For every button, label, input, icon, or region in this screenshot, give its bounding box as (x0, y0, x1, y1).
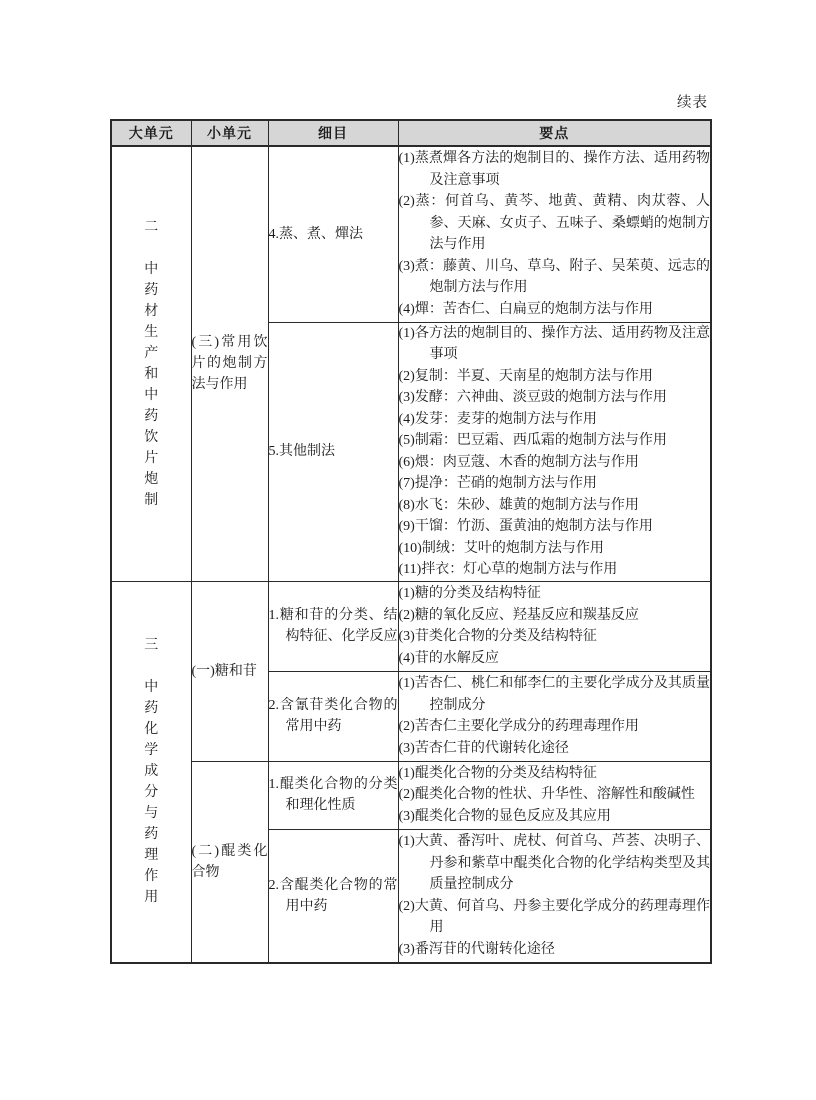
point-item: (3)煮：藤黄、川乌、草乌、附子、吴茱萸、远志的炮制方法与作用 (399, 256, 711, 299)
point-item: (3)苦杏仁苷的代谢转化途径 (399, 738, 711, 760)
table-row: 二 中 药 材 生 产 和 中 药 饮 片 炮 制 (三)常用饮片的炮制方法与作… (111, 146, 711, 322)
table-row: (二)醌类化合物 1.醌类化合物的分类和理化性质 (1)醌类化合物的分类及结构特… (111, 761, 711, 829)
major-unit-cell-3: 三 中 药 化 学 成 分 与 药 理 作 用 (111, 581, 191, 963)
detail-text: 1.糖和苷的分类、结构特征、化学反应 (269, 605, 398, 647)
point-item: (2)蒸：何首乌、黄芩、地黄、黄精、肉苁蓉、人参、天麻、女贞子、五味子、桑螵蛸的… (399, 191, 711, 256)
detail-cell: 5.其他制法 (268, 322, 398, 581)
points-cell: (1)醌类化合物的分类及结构特征 (2)醌类化合物的性状、升华性、溶解性和酸碱性… (398, 761, 711, 829)
point-item: (1)大黄、番泻叶、虎杖、何首乌、芦荟、决明子、丹参和紫草中醌类化合物的化学结构… (399, 831, 711, 896)
major-unit-vertical-text: 三 中 药 化 学 成 分 与 药 理 作 用 (112, 635, 191, 908)
point-item: (10)制绒：艾叶的炮制方法与作用 (399, 538, 711, 560)
point-item: (4)发芽：麦芽的炮制方法与作用 (399, 409, 711, 431)
header-sub-unit: 小单元 (191, 120, 268, 146)
point-item: (3)番泻苷的代谢转化途径 (399, 939, 711, 961)
continued-table-label: 续表 (110, 94, 711, 112)
table-content-area: 续表 大单元 小单元 细目 要点 二 中 药 (110, 94, 711, 964)
detail-text: 5.其他制法 (269, 441, 398, 462)
detail-cell: 2.含醌类化合物的常用中药 (268, 829, 398, 963)
table-header-row: 大单元 小单元 细目 要点 (111, 120, 711, 146)
point-item: (9)干馏：竹沥、蛋黄油的炮制方法与作用 (399, 516, 711, 538)
document-page: 续表 大单元 小单元 细目 要点 二 中 药 (0, 0, 816, 1100)
point-item: (3)苷类化合物的分类及结构特征 (399, 626, 711, 648)
header-major-unit: 大单元 (111, 120, 191, 146)
point-item: (1)醌类化合物的分类及结构特征 (399, 763, 711, 785)
points-cell: (1)各方法的炮制目的、操作方法、适用药物及注意事项 (2)复制：半夏、天南星的… (398, 322, 711, 581)
point-item: (3)发酵：六神曲、淡豆豉的炮制方法与作用 (399, 387, 711, 409)
point-item: (11)拌衣：灯心草的炮制方法与作用 (399, 559, 711, 581)
point-item: (6)煨：肉豆蔻、木香的炮制方法与作用 (399, 452, 711, 474)
major-unit-vertical-text: 二 中 药 材 生 产 和 中 药 饮 片 炮 制 (112, 217, 191, 511)
point-item: (1)蒸煮燀各方法的炮制目的、操作方法、适用药物及注意事项 (399, 148, 711, 191)
syllabus-table: 大单元 小单元 细目 要点 二 中 药 材 生 产 和 中 药 饮 片 炮 制 … (110, 119, 712, 964)
sub-unit-cell: (三)常用饮片的炮制方法与作用 (191, 146, 268, 581)
table-row: 三 中 药 化 学 成 分 与 药 理 作 用 (一)糖和苷 1.糖和苷的分类、… (111, 581, 711, 671)
point-item: (3)醌类化合物的显色反应及其应用 (399, 806, 711, 828)
point-item: (5)制霜：巴豆霜、西瓜霜的炮制方法与作用 (399, 430, 711, 452)
point-item: (2)醌类化合物的性状、升华性、溶解性和酸碱性 (399, 784, 711, 806)
point-item: (2)大黄、何首乌、丹参主要化学成分的药理毒理作用 (399, 896, 711, 939)
point-item: (4)燀：苦杏仁、白扁豆的炮制方法与作用 (399, 299, 711, 321)
sub-unit-cell: (一)糖和苷 (191, 581, 268, 761)
point-item: (2)复制：半夏、天南星的炮制方法与作用 (399, 366, 711, 388)
detail-cell: 4.蒸、煮、燀法 (268, 146, 398, 322)
points-cell: (1)苦杏仁、桃仁和郁李仁的主要化学成分及其质量控制成分 (2)苦杏仁主要化学成… (398, 671, 711, 761)
detail-text: 2.含醌类化合物的常用中药 (269, 875, 398, 917)
points-cell: (1)糖的分类及结构特征 (2)糖的氧化反应、羟基反应和羰基反应 (3)苷类化合… (398, 581, 711, 671)
detail-text: 1.醌类化合物的分类和理化性质 (269, 774, 398, 816)
point-item: (8)水飞：朱砂、雄黄的炮制方法与作用 (399, 495, 711, 517)
point-item: (7)提净：芒硝的炮制方法与作用 (399, 473, 711, 495)
detail-text: 2.含氰苷类化合物的常用中药 (269, 695, 398, 737)
point-item: (2)苦杏仁主要化学成分的药理毒理作用 (399, 716, 711, 738)
major-unit-cell-2: 二 中 药 材 生 产 和 中 药 饮 片 炮 制 (111, 146, 191, 581)
point-item: (1)各方法的炮制目的、操作方法、适用药物及注意事项 (399, 323, 711, 366)
points-cell: (1)大黄、番泻叶、虎杖、何首乌、芦荟、决明子、丹参和紫草中醌类化合物的化学结构… (398, 829, 711, 963)
header-points: 要点 (398, 120, 711, 146)
point-item: (4)苷的水解反应 (399, 648, 711, 670)
point-item: (1)糖的分类及结构特征 (399, 583, 711, 605)
detail-cell: 1.糖和苷的分类、结构特征、化学反应 (268, 581, 398, 671)
detail-text: 4.蒸、煮、燀法 (269, 224, 398, 245)
point-item: (1)苦杏仁、桃仁和郁李仁的主要化学成分及其质量控制成分 (399, 673, 711, 716)
sub-unit-cell: (二)醌类化合物 (191, 761, 268, 963)
detail-cell: 2.含氰苷类化合物的常用中药 (268, 671, 398, 761)
point-item: (2)糖的氧化反应、羟基反应和羰基反应 (399, 605, 711, 627)
detail-cell: 1.醌类化合物的分类和理化性质 (268, 761, 398, 829)
points-cell: (1)蒸煮燀各方法的炮制目的、操作方法、适用药物及注意事项 (2)蒸：何首乌、黄… (398, 146, 711, 322)
header-detail: 细目 (268, 120, 398, 146)
